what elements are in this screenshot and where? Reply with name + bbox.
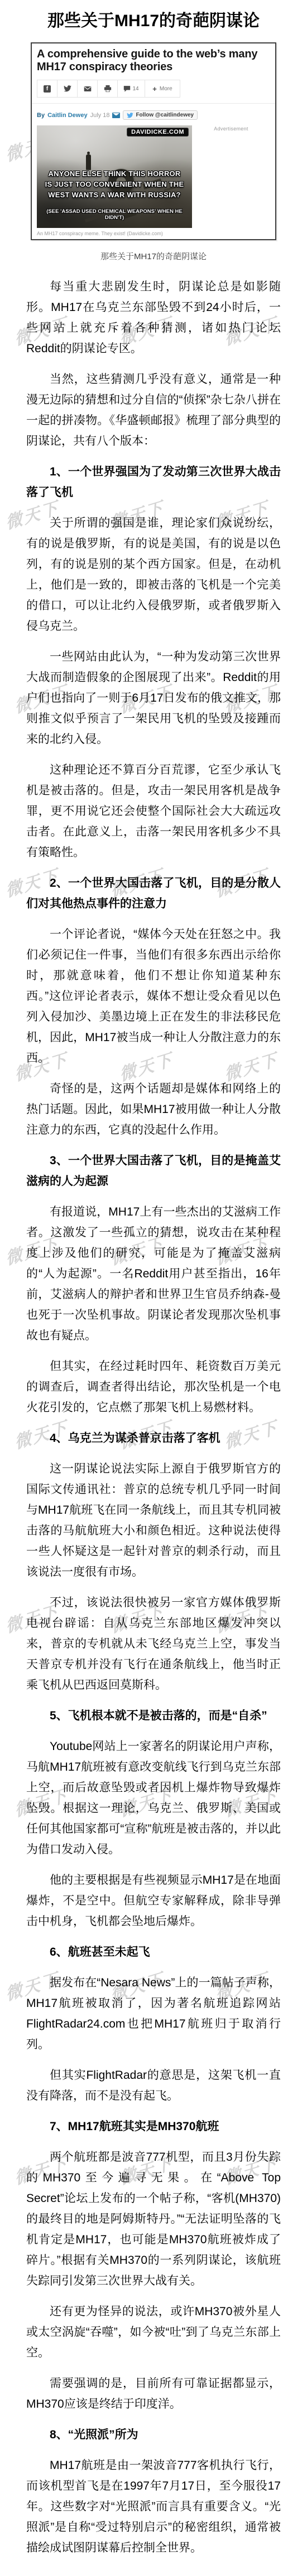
plus-icon: + (152, 85, 157, 93)
crash-site-photo: DAVIDICKE.COM ANYONE ELSE THINK THIS HOR… (37, 125, 192, 228)
email-share-button[interactable] (78, 80, 98, 97)
article-paragraph: 当然，这些猜测几乎没有意义，通常是一种漫无边际的猜想和过分自信的“侦探”杂七杂八… (26, 369, 281, 451)
article-paragraph: 这一阴谋论说法实际上源自于俄罗斯官方的国际文传通讯社：普京的总统专机几乎同一时间… (26, 1459, 281, 1582)
article-paragraph: 他的主要根据是有些视频显示MH17是在地面爆炸，不是空中。但航空专家解释成，除非… (26, 1870, 281, 1932)
article-paragraph: 不过，该说法很快被另一家官方媒体俄罗斯电视台辟谣：自从乌克兰东部地区爆发冲突以来… (26, 1592, 281, 1695)
comment-bubble-icon (123, 85, 131, 92)
facebook-icon (44, 85, 51, 93)
meme-line-1: ANYONE ELSE THINK THIS HORROR (37, 169, 192, 179)
follow-label: Follow @caitlindewey (136, 112, 194, 118)
comments-count: 14 (132, 86, 138, 92)
email-author-icon[interactable] (112, 113, 120, 118)
article-paragraph: 但其实，在经过耗时四年、耗资数百万美元的调查后，调查者得出结论，那次坠机是一个电… (26, 1356, 281, 1418)
envelope-icon (84, 86, 92, 92)
section-heading: 6、航班甚至未起飞 (26, 1942, 281, 1962)
section-heading: 5、飞机根本就不是被击落的，而是“自杀” (26, 1705, 281, 1726)
advertisement-label: Advertisement (192, 125, 270, 228)
meme-line-3: WEST WANTS A WAR WITH RUSSIA? (37, 190, 192, 201)
section-heading: 8、“光照派”所为 (26, 2424, 281, 2445)
article-paragraph: Youtube网站上一家著名的阴谋论用户声称，马航MH17航班被有意改变航线飞行… (26, 1736, 281, 1860)
print-button[interactable] (98, 80, 118, 97)
publish-date: July 18 (90, 112, 110, 119)
article-page: 微天下微天下微天下微天下微天下微天下微天下微天下微天下微天下微天下微天下微天下微… (0, 0, 307, 2576)
article-paragraph: 有报道说，MH17上有一些杰出的艾滋病工作者。这激发了一些孤立的猜想，说攻击在某… (26, 1202, 281, 1346)
by-label: By (37, 112, 45, 119)
divider (32, 103, 275, 104)
wapo-headline: A comprehensive guide to the web’s many … (37, 48, 270, 74)
meme-footer: (SEE 'ASSAD USED CHEMICAL WEAPONS' WHEN … (37, 208, 192, 221)
meme-text: ANYONE ELSE THINK THIS HORROR IS JUST TO… (37, 169, 192, 201)
more-label: More (160, 86, 172, 92)
printer-icon (104, 85, 112, 93)
article-paragraph: 关于所谓的强国是谁，理论家们众说纷纭，有的说是俄罗斯，有的说是美国，有的说是以色… (26, 513, 281, 636)
wapo-screenshot: A comprehensive guide to the web’s many … (31, 42, 276, 240)
more-share-button[interactable]: + More (145, 80, 180, 97)
twitter-icon (64, 85, 71, 92)
share-bar: 14 + More (37, 80, 180, 98)
section-heading: 7、MH17航班其实是MH370航班 (26, 2116, 281, 2137)
article-paragraph: 还有更为怪异的说法，或许MH370被外星人或太空涡旋“吞噬”，如今被“吐”到了乌… (26, 2301, 281, 2363)
twitter-share-button[interactable] (57, 80, 78, 97)
section-heading: 2、一个世界大国击落了飞机，目的是分散人们对其他热点事件的注意力 (26, 873, 281, 914)
article-paragraph: 一个评论者说，“媒体今天处在狂怒之中。我们必须记住一件事，当他们有很多东西出示给… (26, 924, 281, 1068)
page-title: 那些关于MH17的奇葩阴谋论 (0, 11, 307, 31)
photo-caption: An MH17 conspiracy meme. They exist! (Da… (37, 231, 270, 236)
twitter-bird-icon (127, 113, 133, 118)
section-heading: 3、一个世界大国击落了飞机，目的是掩盖艾滋病的人为起源 (26, 1150, 281, 1192)
facebook-share-button[interactable] (37, 80, 57, 97)
section-heading: 1、一个世界强国为了发动第三次世界大战击落了飞机 (26, 461, 281, 503)
article-body: 每当重大悲剧发生时，阴谋论总是如影随形。MH17在乌克兰东部坠毁不到24小时后，… (26, 276, 281, 2576)
article-paragraph: 每当重大悲剧发生时，阴谋论总是如影随形。MH17在乌克兰东部坠毁不到24小时后，… (26, 276, 281, 359)
article-paragraph: 据发布在“Nesara News”上的一篇帖子声称，MH17航班被取消了，因为著… (26, 1972, 281, 2055)
meme-line-2: IS JUST TOO CONVENIENT WHEN THE (37, 179, 192, 190)
section-heading: 4、乌克兰为谋杀普京击落了客机 (26, 1428, 281, 1449)
article-paragraph: 奇怪的是，这两个话题却是媒体和网络上的热门话题。因此，如果MH17被用做一种让人… (26, 1078, 281, 1140)
article-paragraph: 这种理论还不算百分百荒谬，它至少承认飞机是被击落的。但是，攻击一架民用客机是战争… (26, 760, 281, 863)
comments-button[interactable]: 14 (118, 80, 145, 97)
article-paragraph: MH17航班是由一架波音777客机执行飞行，而该机型首飞是在1997年7月17日… (26, 2455, 281, 2558)
article-paragraph: 一些网站由此认为，“一种为发动第三次世界大战而制造假象的企图展现了出来”。Red… (26, 647, 281, 750)
author-link[interactable]: Caitlin Dewey (47, 112, 88, 119)
article-paragraph: 需要强调的是，目前所有可靠证据都显示，MH370应该是终结于印度洋。 (26, 2373, 281, 2414)
byline: By Caitlin Dewey July 18 Follow @caitlin… (37, 110, 270, 120)
article-paragraph: 但其实FlightRadar的意思是，这架飞机一直没有降落，而不是没有起飞。 (26, 2065, 281, 2106)
twitter-follow-button[interactable]: Follow @caitlindewey (123, 110, 198, 120)
figure-caption: 那些关于MH17的奇葩阴谋论 (0, 250, 307, 262)
article-paragraph: 两个航班都是波音777机型，而且3月份失踪的MH370至今遍寻无果。在“Abov… (26, 2147, 281, 2291)
person-silhouette (86, 154, 91, 170)
davidicke-badge: DAVIDICKE.COM (127, 128, 189, 137)
